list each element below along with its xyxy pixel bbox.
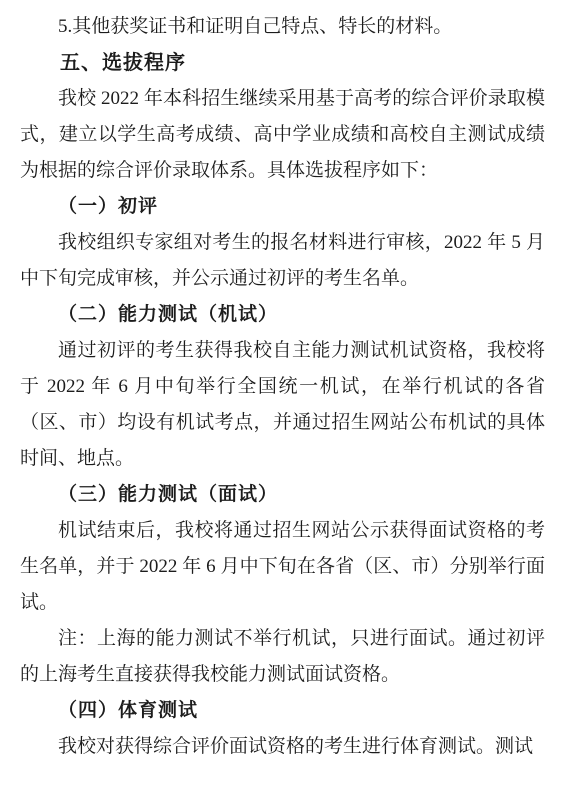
subheading-initial-review: （一）初评	[20, 189, 545, 225]
list-item-other-materials: 5.其他获奖证书和证明自己特点、特长的材料。	[20, 9, 545, 45]
paragraph-shanghai-note: 注：上海的能力测试不举行机试，只进行面试。通过初评的上海考生直接获得我校能力测试…	[20, 621, 545, 693]
paragraph-initial-review: 我校组织专家组对考生的报名材料进行审核，2022 年 5 月中下旬完成审核，并公…	[20, 225, 545, 297]
paragraph-machine-test: 通过初评的考生获得我校自主能力测试机试资格，我校将于 2022 年 6 月中旬举…	[20, 333, 545, 477]
subheading-ability-test-interview: （三）能力测试（面试）	[20, 477, 545, 513]
subheading-ability-test-machine: （二）能力测试（机试）	[20, 297, 545, 333]
document-body: 5.其他获奖证书和证明自己特点、特长的材料。 五、选拔程序 我校 2022 年本…	[0, 0, 566, 793]
paragraph-sports-test: 我校对获得综合评价面试资格的考生进行体育测试。测试	[20, 729, 545, 765]
document-page: 5.其他获奖证书和证明自己特点、特长的材料。 五、选拔程序 我校 2022 年本…	[0, 0, 566, 793]
subheading-sports-test: （四）体育测试	[20, 693, 545, 729]
paragraph-admission-model: 我校 2022 年本科招生继续采用基于高考的综合评价录取模式，建立以学生高考成绩…	[20, 81, 545, 189]
paragraph-interview: 机试结束后，我校将通过招生网站公示获得面试资格的考生名单，并于 2022 年 6…	[20, 513, 545, 621]
section-heading-selection-procedure: 五、选拔程序	[20, 45, 545, 81]
